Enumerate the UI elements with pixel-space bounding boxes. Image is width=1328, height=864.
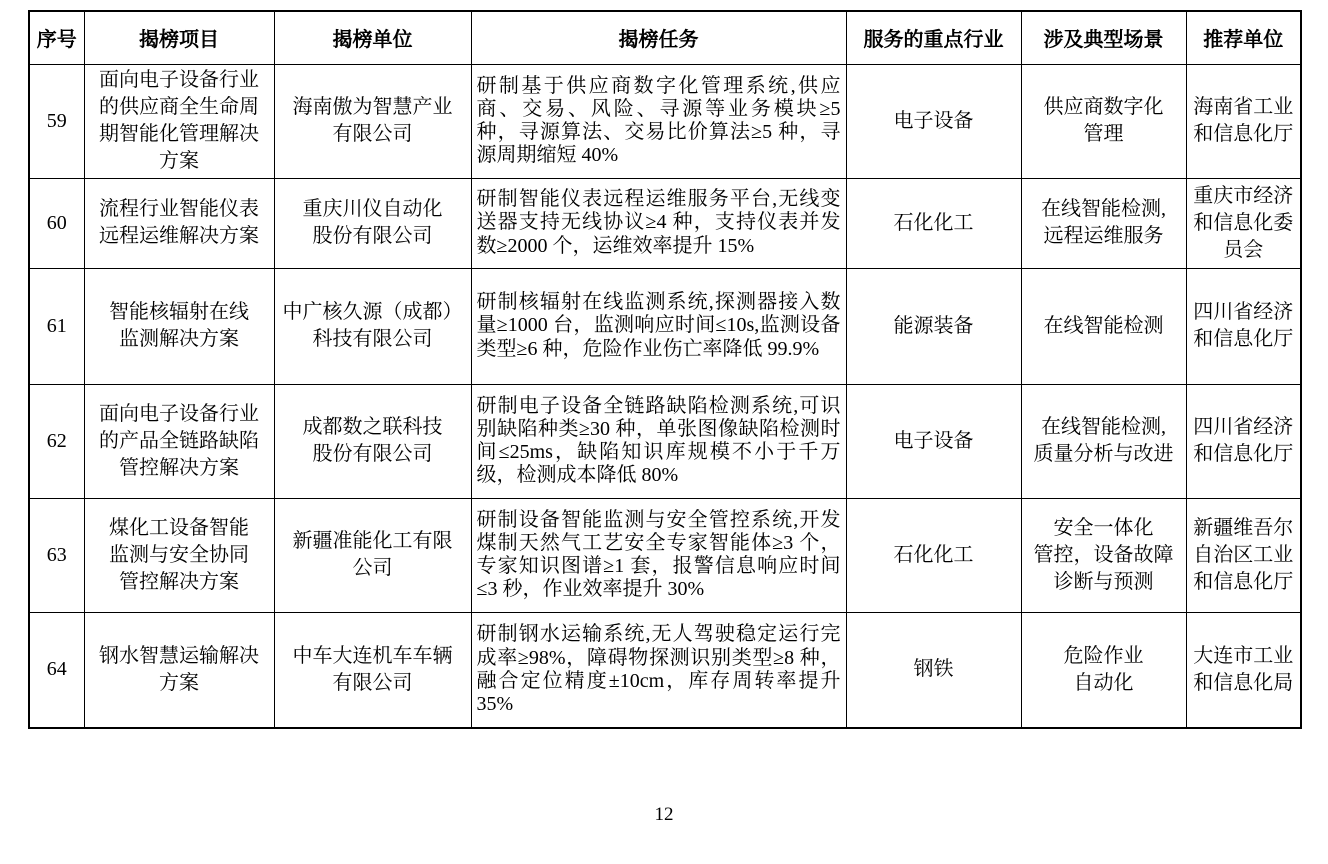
recommender-cell: 四川省经济 和信息化厅 xyxy=(1186,384,1301,498)
industry-cell: 钢铁 xyxy=(846,612,1021,728)
header-task: 揭榜任务 xyxy=(471,11,846,64)
industry-cell: 能源装备 xyxy=(846,268,1021,384)
unit-cell: 新疆准能化工有限 公司 xyxy=(274,498,471,612)
row-no: 62 xyxy=(29,384,84,498)
table-row: 64 钢水智慧运输解决 方案 中车大连机车车辆 有限公司 研制钢水运输系统,无人… xyxy=(29,612,1301,728)
scenario-cell: 安全一体化 管控，设备故障 诊断与预测 xyxy=(1021,498,1186,612)
header-industry: 服务的重点行业 xyxy=(846,11,1021,64)
table-row: 63 煤化工设备智能 监测与安全协同 管控解决方案 新疆准能化工有限 公司 研制… xyxy=(29,498,1301,612)
scenario-cell: 供应商数字化 管理 xyxy=(1021,64,1186,178)
unit-cell: 成都数之联科技 股份有限公司 xyxy=(274,384,471,498)
scenario-cell: 危险作业 自动化 xyxy=(1021,612,1186,728)
table-header-row: 序号 揭榜项目 揭榜单位 揭榜任务 服务的重点行业 涉及典型场景 推荐单位 xyxy=(29,11,1301,64)
recommender-cell: 新疆维吾尔 自治区工业 和信息化厅 xyxy=(1186,498,1301,612)
project-cell: 煤化工设备智能 监测与安全协同 管控解决方案 xyxy=(84,498,274,612)
table-row: 62 面向电子设备行业 的产品全链路缺陷 管控解决方案 成都数之联科技 股份有限… xyxy=(29,384,1301,498)
row-no: 64 xyxy=(29,612,84,728)
recommender-cell: 重庆市经济 和信息化委 员会 xyxy=(1186,178,1301,268)
industry-cell: 电子设备 xyxy=(846,384,1021,498)
recommender-cell: 海南省工业 和信息化厅 xyxy=(1186,64,1301,178)
recommender-cell: 大连市工业 和信息化局 xyxy=(1186,612,1301,728)
scenario-cell: 在线智能检测, 质量分析与改进 xyxy=(1021,384,1186,498)
page-number: 12 xyxy=(0,804,1328,826)
task-cell: 研制钢水运输系统,无人驾驶稳定运行完成率≥98%，障碍物探测识别类型≥8 种，融… xyxy=(471,612,846,728)
header-unit: 揭榜单位 xyxy=(274,11,471,64)
row-no: 63 xyxy=(29,498,84,612)
task-cell: 研制设备智能监测与安全管控系统,开发煤制天然气工艺安全专家智能体≥3 个，专家知… xyxy=(471,498,846,612)
table-row: 61 智能核辐射在线 监测解决方案 中广核久源（成都） 科技有限公司 研制核辐射… xyxy=(29,268,1301,384)
unit-cell: 海南傲为智慧产业 有限公司 xyxy=(274,64,471,178)
row-no: 60 xyxy=(29,178,84,268)
task-cell: 研制智能仪表远程运维服务平台,无线变送器支持无线协议≥4 种，支持仪表并发数≥2… xyxy=(471,178,846,268)
table-row: 59 面向电子设备行业 的供应商全生命周 期智能化管理解决 方案 海南傲为智慧产… xyxy=(29,64,1301,178)
table-row: 60 流程行业智能仪表 远程运维解决方案 重庆川仪自动化 股份有限公司 研制智能… xyxy=(29,178,1301,268)
unit-cell: 重庆川仪自动化 股份有限公司 xyxy=(274,178,471,268)
recommender-cell: 四川省经济 和信息化厅 xyxy=(1186,268,1301,384)
unit-cell: 中车大连机车车辆 有限公司 xyxy=(274,612,471,728)
scenario-cell: 在线智能检测, 远程运维服务 xyxy=(1021,178,1186,268)
header-scenario: 涉及典型场景 xyxy=(1021,11,1186,64)
project-cell: 智能核辐射在线 监测解决方案 xyxy=(84,268,274,384)
header-recommender: 推荐单位 xyxy=(1186,11,1301,64)
scenario-cell: 在线智能检测 xyxy=(1021,268,1186,384)
task-cell: 研制基于供应商数字化管理系统,供应商、交易、风险、寻源等业务模块≥5 种，寻源算… xyxy=(471,64,846,178)
industry-cell: 电子设备 xyxy=(846,64,1021,178)
industry-cell: 石化化工 xyxy=(846,178,1021,268)
project-cell: 钢水智慧运输解决 方案 xyxy=(84,612,274,728)
header-no: 序号 xyxy=(29,11,84,64)
industry-cell: 石化化工 xyxy=(846,498,1021,612)
projects-table: 序号 揭榜项目 揭榜单位 揭榜任务 服务的重点行业 涉及典型场景 推荐单位 59… xyxy=(28,10,1302,729)
project-cell: 面向电子设备行业 的供应商全生命周 期智能化管理解决 方案 xyxy=(84,64,274,178)
row-no: 61 xyxy=(29,268,84,384)
task-cell: 研制核辐射在线监测系统,探测器接入数量≥1000 台，监测响应时间≤10s,监测… xyxy=(471,268,846,384)
row-no: 59 xyxy=(29,64,84,178)
unit-cell: 中广核久源（成都） 科技有限公司 xyxy=(274,268,471,384)
project-cell: 面向电子设备行业 的产品全链路缺陷 管控解决方案 xyxy=(84,384,274,498)
project-cell: 流程行业智能仪表 远程运维解决方案 xyxy=(84,178,274,268)
header-project: 揭榜项目 xyxy=(84,11,274,64)
task-cell: 研制电子设备全链路缺陷检测系统,可识别缺陷种类≥30 种，单张图像缺陷检测时间≤… xyxy=(471,384,846,498)
